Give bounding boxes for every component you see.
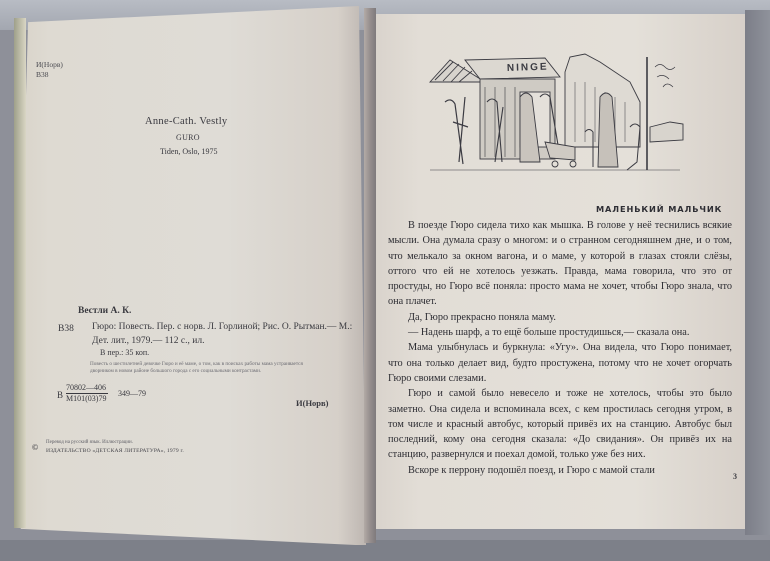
index-tail: 349—79	[118, 389, 146, 398]
paragraph: — Надень шарф, а то ещё больше простудиш…	[388, 325, 732, 340]
street-scene-illustration: NINGE	[425, 52, 685, 177]
paragraph: Мама улыбнулась и буркнула: «Угу». Она в…	[388, 340, 732, 386]
index-fraction: 70802—406 М101(03)79	[66, 383, 108, 404]
catalog-code: В38	[58, 324, 74, 334]
language-code: И(Норв)	[296, 398, 328, 408]
chapter-title: МАЛЕНЬКИЙ МАЛЬЧИК	[596, 204, 722, 214]
bbk-line-1: И(Норв)	[36, 60, 63, 70]
paragraph: Гюро и самой было невесело и тоже не хот…	[388, 386, 732, 462]
catalog-annotation: Повесть о шестилетней девочке Гюро и её …	[90, 361, 310, 374]
illustration-sign-text: NINGE	[507, 62, 549, 74]
paragraph: Вскоре к перрону подошёл поезд, и Гюро с…	[388, 463, 732, 478]
original-title: GURO	[176, 133, 200, 142]
index-prefix: В	[57, 390, 63, 400]
catalog-description: Гюро: Повесть. Пер. с норв. Л. Горлиной;…	[92, 320, 357, 348]
bbk-index: И(Норв) В38	[36, 60, 63, 80]
catalog-author-heading: Вестли А. К.	[78, 306, 131, 316]
copyright-icon: ©	[32, 443, 38, 452]
copyright-line-2: ИЗДАТЕЛЬСТВО «ДЕТСКАЯ ЛИТЕРАТУРА», 1979 …	[46, 448, 184, 454]
left-page-edge	[14, 18, 26, 528]
bbk-line-2: В38	[36, 70, 63, 80]
chapter-body: В поезде Гюро сидела тихо как мышка. В г…	[388, 218, 732, 478]
original-publisher: Tiden, Oslo, 1975	[160, 147, 218, 156]
left-page	[14, 6, 366, 545]
background-surface-right	[745, 10, 770, 535]
paragraph: Да, Гюро прекрасно поняла маму.	[388, 310, 732, 325]
page-number: 3	[733, 472, 737, 481]
index-numerator: 70802—406	[66, 383, 108, 394]
index-denominator: М101(03)79	[66, 394, 106, 403]
original-author: Anne-Cath. Vestly	[145, 116, 227, 127]
copyright-line-1: Перевод на русский язык. Иллюстрации.	[46, 440, 133, 445]
book-gutter	[364, 8, 376, 543]
catalog-price: В пер.: 35 коп.	[100, 348, 149, 357]
background-surface-bottom	[0, 540, 770, 561]
paragraph: В поезде Гюро сидела тихо как мышка. В г…	[388, 218, 732, 310]
